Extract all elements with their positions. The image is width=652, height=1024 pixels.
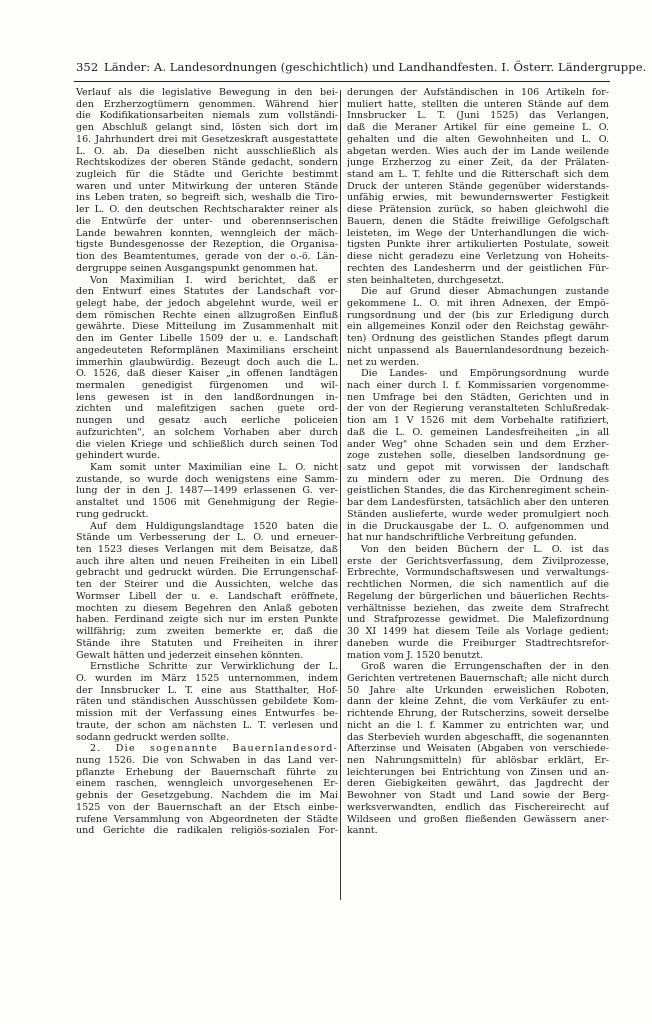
text-line: tigsten Punkte ihrer artikulierten Postu… <box>347 239 609 251</box>
text-line: richtende Ehrung, der Rutscherzins, sowe… <box>347 708 609 720</box>
text-line: derungen der Aufständischen in 106 Artik… <box>347 87 609 99</box>
text-line: Bauern, denen die Städte freiwillige Gef… <box>347 216 609 228</box>
text-line: O. 1526, daß dieser Kaiser „in offenen l… <box>76 368 338 380</box>
text-line: Kam somit unter Maximilian eine L. O. ni… <box>76 462 338 474</box>
text-line: tion des Beamtentumes, gerade von der o.… <box>76 251 338 263</box>
text-line: Stände ihre Statuten und Freiheiten in i… <box>76 638 338 650</box>
text-line: dem römischen Rechte einen allzugroßen E… <box>76 310 338 322</box>
text-line: räten und ständischen Ausschüssen gebild… <box>76 696 338 708</box>
text-line: erste der Gerichtsverfassung, dem Zivilp… <box>347 556 609 568</box>
left-text-column: Verlauf als die legislative Bewegung in … <box>76 87 338 837</box>
text-line: daß die L. O. gemeinen Landesfreiheiten … <box>347 427 609 439</box>
text-line: gebracht und gedruckt würden. Die Errung… <box>76 567 338 579</box>
text-line: gebnis der Gesetzgebung. Nachdem die im … <box>76 790 338 802</box>
text-line: mermalen genedigist fürgenomen und wil- <box>76 380 338 392</box>
text-line: mochten zu diesem Begehren den Anlaß geb… <box>76 603 338 615</box>
running-header: 352Länder: A. Landesordnungen (geschicht… <box>76 58 608 76</box>
text-line: Die auf Grund dieser Abmachungen zustand… <box>347 286 609 298</box>
text-line: net zu werden. <box>347 357 609 369</box>
text-line: nung 1526. Die von Schwaben in das Land … <box>76 755 338 767</box>
text-line: Wildseen und großen fließenden Gewässern… <box>347 814 609 826</box>
page-number: 352 <box>76 58 104 76</box>
text-line: Innsbrucker L. T. (Juni 1525) das Verlan… <box>347 110 609 122</box>
header-rule <box>74 81 610 82</box>
text-line: aufzurichten", an solchem Vorhaben aber … <box>76 427 338 439</box>
text-line: Bewohner von Stadt und Land sowie der Be… <box>347 790 609 802</box>
text-line: immerhin glaubwürdig. Bezeugt doch auch … <box>76 357 338 369</box>
text-line: Von Maximilian I. wird berichtet, daß er <box>76 275 338 287</box>
text-line: der von der Regierung veranstalteten Sch… <box>347 403 609 415</box>
text-line: 50 Jahre alte Urkunden erweislichen Robo… <box>347 685 609 697</box>
text-line: dann der kleine Zehnt, die vom Verkäufer… <box>347 696 609 708</box>
text-line: ler L. O. den deutschen Rechtscharakter … <box>76 204 338 216</box>
text-line: das Sterbevieh wurden abgeschafft, die s… <box>347 732 609 744</box>
text-line: tion am 1 V 1526 mit dem Vorbehalte rati… <box>347 415 609 427</box>
text-line: Afterzinse und Weisaten (Abgaben von ver… <box>347 743 609 755</box>
text-line: pflanzte Erhebung der Bauernschaft führt… <box>76 767 338 779</box>
text-line: Wormser Libell der u. e. Landschaft eröf… <box>76 591 338 603</box>
text-line: willfährig; zum zweiten bemerkte er, daß… <box>76 626 338 638</box>
text-line: 2. Die sogenannte Bauernlandesord- <box>76 743 338 755</box>
text-line: 30 XI 1499 hat diesem Teile als Vorlage … <box>347 626 609 638</box>
text-line: Auf dem Huldigungslandtage 1520 baten di… <box>76 521 338 533</box>
text-line: gehindert wurde. <box>76 450 338 462</box>
text-line: werksverwandten, endlich das Fischereire… <box>347 802 609 814</box>
text-line: der Innsbrucker L. T. eine aus Statthalt… <box>76 685 338 697</box>
text-line: junge Erzherzog zu einer Zeit, da der Pr… <box>347 157 609 169</box>
text-line: die Entwürfe der unter- und oberennseris… <box>76 216 338 228</box>
text-line: den Erzherzogtümern genommen. Während hi… <box>76 99 338 111</box>
text-line: ander Weg" ohne Schaden sein und dem Erz… <box>347 439 609 451</box>
text-line: nen Umfrage bei den Städten, Gerichten u… <box>347 392 609 404</box>
text-line: rechtlichen Normen, die sich namentlich … <box>347 579 609 591</box>
text-line: traute, der schon am nächsten L. T. verl… <box>76 720 338 732</box>
text-line: abgetan werden. Wies auch der im Lande w… <box>347 146 609 158</box>
text-line: Verlauf als die legislative Bewegung in … <box>76 87 338 99</box>
text-line: leichterungen bei Entrichtung von Zinsen… <box>347 767 609 779</box>
text-line: rung gedruckt. <box>76 509 338 521</box>
text-line: gen Abschluß gelangt sind, lösten sich d… <box>76 122 338 134</box>
text-line: Stände um Verbesserung der L. O. und ern… <box>76 532 338 544</box>
text-line: gewährte. Diese Mitteilung im Zusammenha… <box>76 321 338 333</box>
text-line: zu mindern oder zu meren. Die Ordnung de… <box>347 474 609 486</box>
running-title: Länder: A. Landesordnungen (geschichtlic… <box>104 60 646 74</box>
text-line: O. wurden im März 1525 unternommen, inde… <box>76 673 338 685</box>
text-line: zoge zustehen solle, dieselben landsordn… <box>347 450 609 462</box>
text-line: ein allgemeines Konzil oder den Reichsta… <box>347 321 609 333</box>
text-line: Gewalt hätten und jederzeit einsehen kön… <box>76 650 338 662</box>
text-line: lung der in den J. 1487—1499 erlassenen … <box>76 485 338 497</box>
text-line: geistlichen Standes, die das Kirchenregi… <box>347 485 609 497</box>
text-line: unfähig erwies, mit bewundernswerter Fes… <box>347 192 609 204</box>
text-line: dergruppe seinen Ausgangspunkt genommen … <box>76 263 338 275</box>
text-line: ten 1523 dieses Verlangen mit dem Beisat… <box>76 544 338 556</box>
text-line: haben. Ferdinand zeigte sich nur im erst… <box>76 614 338 626</box>
text-line: die Kodifikationsarbeiten niemals zum vo… <box>76 110 338 122</box>
text-line: muliert hatte, stellten die unteren Stän… <box>347 99 609 111</box>
text-line: Lande bewahren konnten, wenngleich der m… <box>76 228 338 240</box>
text-line: angedeuteten Reformplänen Maximilians er… <box>76 345 338 357</box>
text-line: bar dem Landesfürsten, tatsächlich aber … <box>347 497 609 509</box>
text-line: Von den beiden Büchern der L. O. ist das <box>347 544 609 556</box>
text-line: 1525 von der Bauernschaft an der Etsch e… <box>76 802 338 814</box>
text-line: L. O. ab. Da dieselben nicht ausschließl… <box>76 146 338 158</box>
text-line: verhältnisse beziehen, das zweite dem St… <box>347 603 609 615</box>
text-line: tigste Bundesgenosse der Rezeption, die … <box>76 239 338 251</box>
text-line: den Entwurf eines Statutes der Landschaf… <box>76 286 338 298</box>
text-line: Rechtskodizes der oberen Stände gedacht,… <box>76 157 338 169</box>
text-line: mission mit der Verfassung eines Entwurf… <box>76 708 338 720</box>
right-text-column: derungen der Aufständischen in 106 Artik… <box>347 87 609 837</box>
text-line: anstaltet und 1506 mit Genehmigung der R… <box>76 497 338 509</box>
text-line: rungsordnung und der (bis zur Erledigung… <box>347 310 609 322</box>
text-line: gelegt habe, der jedoch abgelehnt wurde,… <box>76 298 338 310</box>
text-line: ins Leben traten, so begreift sich, wesh… <box>76 192 338 204</box>
text-line: ten der Steirer und die Aussichten, welc… <box>76 579 338 591</box>
text-line: diese Prätension zurück, so haben gleich… <box>347 204 609 216</box>
text-line: Gerichten vertretenen Bauernschaft; alle… <box>347 673 609 685</box>
text-line: Die Landes- und Empörungsordnung wurde <box>347 368 609 380</box>
text-line: und Strafprozesse gewidmet. Die Malefizo… <box>347 614 609 626</box>
text-line: daneben wurde die Freiburger Stadtrechts… <box>347 638 609 650</box>
text-line: den im Genter Libelle 1509 der u. e. Lan… <box>76 333 338 345</box>
text-line: die vielen Kriege und schließlich durch … <box>76 439 338 451</box>
book-page: 352Länder: A. Landesordnungen (geschicht… <box>0 0 652 1024</box>
column-divider <box>340 90 341 900</box>
text-line: Groß waren die Errungenschaften der in d… <box>347 661 609 673</box>
text-line: daß die Meraner Artikel für eine gemeine… <box>347 122 609 134</box>
text-line: 16. Jahrhundert drei mit Gesetzeskraft a… <box>76 134 338 146</box>
text-line: stand am L. T. fehlte und die Ritterscha… <box>347 169 609 181</box>
text-line: zichten und malefitzigen sachen guete or… <box>76 403 338 415</box>
text-line: gehalten und die alten Gewohnheiten und … <box>347 134 609 146</box>
text-line: nach einer durch l. f. Kommissarien vorg… <box>347 380 609 392</box>
text-line: nungen und gesatz auch eerliche policeie… <box>76 415 338 427</box>
text-line: mation vom J. 1520 benutzt. <box>347 650 609 662</box>
text-line: gekommene L. O. mit ihren Adnexen, der E… <box>347 298 609 310</box>
text-line: Erbrechte, Vormundschaftswesen und verwa… <box>347 567 609 579</box>
text-line: kannt. <box>347 825 609 837</box>
text-line: nicht unpassend als Bauernlandesordnung … <box>347 345 609 357</box>
text-line: Regelung der bürgerlichen und bäuerliche… <box>347 591 609 603</box>
text-line: zugleich für die Städte und Gerichte bes… <box>76 169 338 181</box>
text-line: Druck der unteren Stände gegenüber wider… <box>347 181 609 193</box>
text-line: einem raschen, wenngleich unvorgesehenen… <box>76 778 338 790</box>
text-line: rufene Versammlung von Abgeordneten der … <box>76 814 338 826</box>
text-line: ten) Ordnung des geistlichen Standes pfl… <box>347 333 609 345</box>
text-line: in die Druckausgabe der L. O. aufgenomme… <box>347 521 609 533</box>
text-line: waren und unter Mitwirkung der unteren S… <box>76 181 338 193</box>
text-line: zustande, so wurde doch wenigstens eine … <box>76 474 338 486</box>
text-line: nicht an die l. f. Kammer zu entrichten … <box>347 720 609 732</box>
text-line: hat nur handschriftliche Verbreitung gef… <box>347 532 609 544</box>
text-line: und Gerichte die radikalen religiös-sozi… <box>76 825 338 837</box>
text-line: sten beinhalteten, durchgesetzt. <box>347 275 609 287</box>
text-line: lens gewesen ist in den landßordnungen i… <box>76 392 338 404</box>
text-line: rechten des Landesherrn und der geistlic… <box>347 263 609 275</box>
text-line: satz und gepot mit vorwissen der landsch… <box>347 462 609 474</box>
text-line: Ständen auslieferte, wurde weder promulg… <box>347 509 609 521</box>
text-line: nen Nahrungsmitteln) für ablösbar erklär… <box>347 755 609 767</box>
text-line: Ernstliche Schritte zur Verwirklichung d… <box>76 661 338 673</box>
text-line: leisteten, im Wege der Unterhandlungen d… <box>347 228 609 240</box>
text-line: auch ihre alten und neuen Freiheiten in … <box>76 556 338 568</box>
text-line: sodann gedruckt werden sollte. <box>76 732 338 744</box>
text-line: deren Giebigkeiten gewährt, das Jagdrech… <box>347 778 609 790</box>
text-line: diese nicht geradezu eine Verletzung von… <box>347 251 609 263</box>
